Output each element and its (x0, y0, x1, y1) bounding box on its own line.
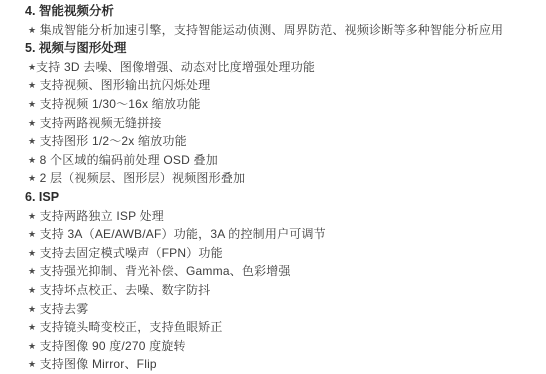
feature-item-text: 支持 3D 去噪、图像增强、动态对比度增强处理功能 (36, 60, 315, 74)
feature-item-text: 支持两路独立 ISP 处理 (36, 209, 164, 223)
feature-item-text: 支持镜头畸变校正，支持鱼眼矫正 (36, 320, 223, 334)
feature-item: ★ 支持视频 1/30～16x 缩放功能 (25, 95, 538, 114)
feature-item-text: 支持坏点校正、去噪、数字防抖 (36, 283, 210, 297)
feature-item-text: 8 个区域的编码前处理 OSD 叠加 (36, 153, 218, 167)
feature-item: ★ 支持去固定模式噪声（FPN）功能 (25, 244, 538, 263)
feature-item: ★ 支持图像 90 度/270 度旋转 (25, 337, 538, 356)
star-bullet-icon: ★ (28, 173, 36, 183)
star-bullet-icon: ★ (28, 266, 36, 276)
spec-section: 4. 智能视频分析 ★ 集成智能分析加速引擎，支持智能运动侦测、周界防范、视频诊… (25, 2, 538, 39)
spec-section: 5. 视频与图形处理 ★支持 3D 去噪、图像增强、动态对比度增强处理功能 ★ … (25, 39, 538, 188)
feature-item: ★ 8 个区域的编码前处理 OSD 叠加 (25, 151, 538, 170)
star-bullet-icon: ★ (28, 285, 36, 295)
star-bullet-icon: ★ (28, 99, 36, 109)
feature-item: ★ 支持两路视频无缝拼接 (25, 114, 538, 133)
section-heading: 5. 视频与图形处理 (25, 39, 538, 58)
feature-item-text: 支持去雾 (36, 302, 88, 316)
feature-item: ★ 支持图形 1/2～2x 缩放功能 (25, 132, 538, 151)
star-bullet-icon: ★ (28, 155, 36, 165)
section-heading: 6. ISP (25, 188, 538, 207)
star-bullet-icon: ★ (28, 80, 36, 90)
spec-section: 6. ISP ★ 支持两路独立 ISP 处理 ★ 支持 3A（AE/AWB/AF… (25, 188, 538, 374)
feature-item: ★ 支持 3A（AE/AWB/AF）功能，3A 的控制用户可调节 (25, 225, 538, 244)
feature-item: ★ 支持图像 Mirror、Flip (25, 355, 538, 374)
star-bullet-icon: ★ (28, 118, 36, 128)
feature-item: ★ 支持镜头畸变校正，支持鱼眼矫正 (25, 318, 538, 337)
feature-item: ★ 支持去雾 (25, 300, 538, 319)
document-body: 4. 智能视频分析 ★ 集成智能分析加速引擎，支持智能运动侦测、周界防范、视频诊… (0, 0, 546, 374)
feature-item: ★ 2 层（视频层、图形层）视频图形叠加 (25, 169, 538, 188)
feature-item: ★ 支持坏点校正、去噪、数字防抖 (25, 281, 538, 300)
feature-item-text: 支持两路视频无缝拼接 (36, 116, 162, 130)
feature-item: ★ 支持两路独立 ISP 处理 (25, 207, 538, 226)
feature-item: ★ 支持强光抑制、背光补偿、Gamma、色彩增强 (25, 262, 538, 281)
feature-item-text: 支持视频、图形输出抗闪烁处理 (36, 78, 210, 92)
star-bullet-icon: ★ (28, 341, 36, 351)
star-bullet-icon: ★ (28, 359, 36, 369)
feature-item-text: 支持 3A（AE/AWB/AF）功能，3A 的控制用户可调节 (36, 227, 326, 241)
star-bullet-icon: ★ (28, 25, 36, 35)
star-bullet-icon: ★ (28, 304, 36, 314)
feature-item: ★ 支持视频、图形输出抗闪烁处理 (25, 76, 538, 95)
star-bullet-icon: ★ (28, 322, 36, 332)
star-bullet-icon: ★ (28, 211, 36, 221)
feature-item: ★ 集成智能分析加速引擎，支持智能运动侦测、周界防范、视频诊断等多种智能分析应用 (25, 21, 538, 40)
feature-item-text: 支持去固定模式噪声（FPN）功能 (36, 246, 223, 260)
feature-item-text: 2 层（视频层、图形层）视频图形叠加 (36, 171, 245, 185)
feature-item-text: 支持视频 1/30～16x 缩放功能 (36, 97, 201, 111)
section-heading: 4. 智能视频分析 (25, 2, 538, 21)
feature-item-text: 支持强光抑制、背光补偿、Gamma、色彩增强 (36, 264, 291, 278)
star-bullet-icon: ★ (28, 136, 36, 146)
star-bullet-icon: ★ (28, 248, 36, 258)
feature-item-text: 集成智能分析加速引擎，支持智能运动侦测、周界防范、视频诊断等多种智能分析应用 (36, 23, 503, 37)
feature-item: ★支持 3D 去噪、图像增强、动态对比度增强处理功能 (25, 58, 538, 77)
feature-item-text: 支持图形 1/2～2x 缩放功能 (36, 134, 187, 148)
feature-item-text: 支持图像 90 度/270 度旋转 (36, 339, 186, 353)
star-bullet-icon: ★ (28, 229, 36, 239)
feature-item-text: 支持图像 Mirror、Flip (36, 357, 157, 371)
star-bullet-icon: ★ (28, 62, 36, 72)
